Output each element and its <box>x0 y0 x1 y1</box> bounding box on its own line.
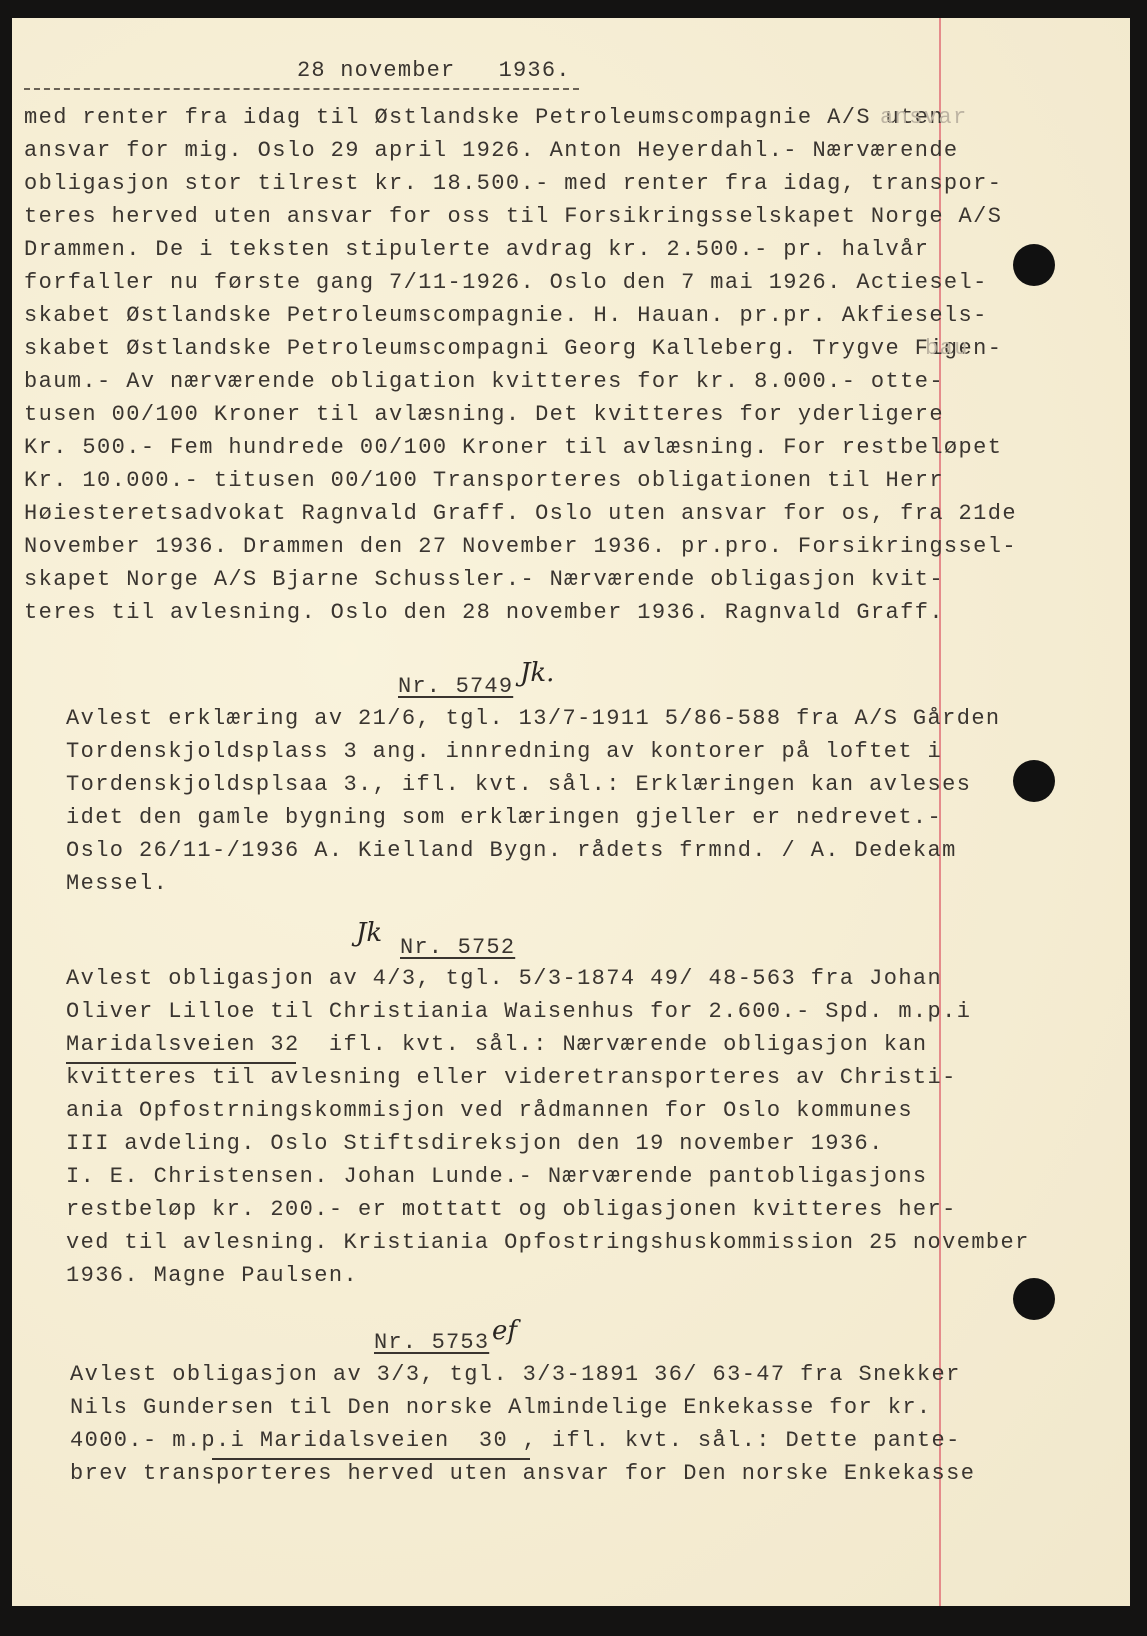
text-line: 4000.- m.p.i Maridalsveien 30 , ifl. kvt… <box>70 1428 961 1453</box>
handwritten-initials: ef <box>492 1316 517 1346</box>
entry-number: Nr. 5749 <box>398 674 513 699</box>
text-line: November 1936. Drammen den 27 November 1… <box>24 534 1017 559</box>
text-line: Drammen. De i teksten stipulerte avdrag … <box>24 237 929 262</box>
text-line: Nils Gundersen til Den norske Almindelig… <box>70 1395 932 1420</box>
text-line: Avlest obligasjon av 4/3, tgl. 5/3-1874 … <box>66 966 942 991</box>
text-line: med renter fra idag til Østlandske Petro… <box>24 105 959 130</box>
handwritten-initials: Jk. <box>520 658 554 688</box>
text-line: skabet Østlandske Petroleumscompagnie. H… <box>24 303 988 328</box>
page-date: 28 november 1936. <box>297 58 571 83</box>
address-underline <box>66 1062 296 1064</box>
text-line: Tordenskjoldsplsaa 3., ifl. kvt. sål.: E… <box>66 772 971 797</box>
text-line: teres herved uten ansvar for oss til For… <box>24 204 1002 229</box>
text-line: Kr. 10.000.- titusen 00/100 Transportere… <box>24 468 944 493</box>
text-line: 1936. Magne Paulsen. <box>66 1263 358 1288</box>
text-line: Kr. 500.- Fem hundrede 00/100 Kroner til… <box>24 435 1002 460</box>
faint-overflow-text: ansvar <box>880 105 968 130</box>
punch-hole <box>1013 244 1055 286</box>
text-line: tusen 00/100 Kroner til avlæsning. Det k… <box>24 402 944 427</box>
text-line: Maridalsveien 32 ifl. kvt. sål.: Nærvære… <box>66 1032 928 1057</box>
text-line: Avlest erklæring av 21/6, tgl. 13/7-1911… <box>66 706 1001 731</box>
text-line: ania Opfostrningskommisjon ved rådmannen… <box>66 1098 913 1123</box>
text-line: Avlest obligasjon av 3/3, tgl. 3/3-1891 … <box>70 1362 961 1387</box>
entry-number: Nr. 5753 <box>374 1330 489 1355</box>
address-underline <box>212 1458 530 1460</box>
text-line: forfaller nu første gang 7/11-1926. Oslo… <box>24 270 988 295</box>
text-line: ansvar for mig. Oslo 29 april 1926. Anto… <box>24 138 959 163</box>
text-line: Høiesteretsadvokat Ragnvald Graff. Oslo … <box>24 501 1017 526</box>
text-line: skapet Norge A/S Bjarne Schussler.- Nærv… <box>24 567 944 592</box>
text-line: teres til avlesning. Oslo den 28 novembe… <box>24 600 944 625</box>
text-line: Tordenskjoldsplass 3 ang. innredning av … <box>66 739 942 764</box>
punch-hole <box>1013 760 1055 802</box>
document-page: 28 november 1936. med renter fra idag ti… <box>12 18 1130 1606</box>
text-line: III avdeling. Oslo Stiftsdireksjon den 1… <box>66 1131 884 1156</box>
text-line: kvitteres til avlesning eller videretran… <box>66 1065 957 1090</box>
faint-overflow-text: bau <box>925 336 969 361</box>
punch-hole <box>1013 1278 1055 1320</box>
text-line: Oliver Lilloe til Christiania Waisenhus … <box>66 999 971 1024</box>
text-line: I. E. Christensen. Johan Lunde.- Nærvære… <box>66 1164 928 1189</box>
text-line: obligasjon stor tilrest kr. 18.500.- med… <box>24 171 1002 196</box>
handwritten-initials: Jk <box>356 918 382 948</box>
text-line: skabet Østlandske Petroleumscompagni Geo… <box>24 336 1002 361</box>
date-rule <box>24 88 579 90</box>
entry-number: Nr. 5752 <box>400 935 515 960</box>
text-line: baum.- Av nærværende obligation kvittere… <box>24 369 944 394</box>
text-line: ved til avlesning. Kristiania Opfostring… <box>66 1230 1030 1255</box>
text-line: brev transporteres herved uten ansvar fo… <box>70 1461 975 1486</box>
text-line: restbeløp kr. 200.- er mottatt og obliga… <box>66 1197 957 1222</box>
text-line: Messel. <box>66 871 168 896</box>
text-line: idet den gamle bygning som erklæringen g… <box>66 805 942 830</box>
text-line: Oslo 26/11-/1936 A. Kielland Bygn. rådet… <box>66 838 957 863</box>
